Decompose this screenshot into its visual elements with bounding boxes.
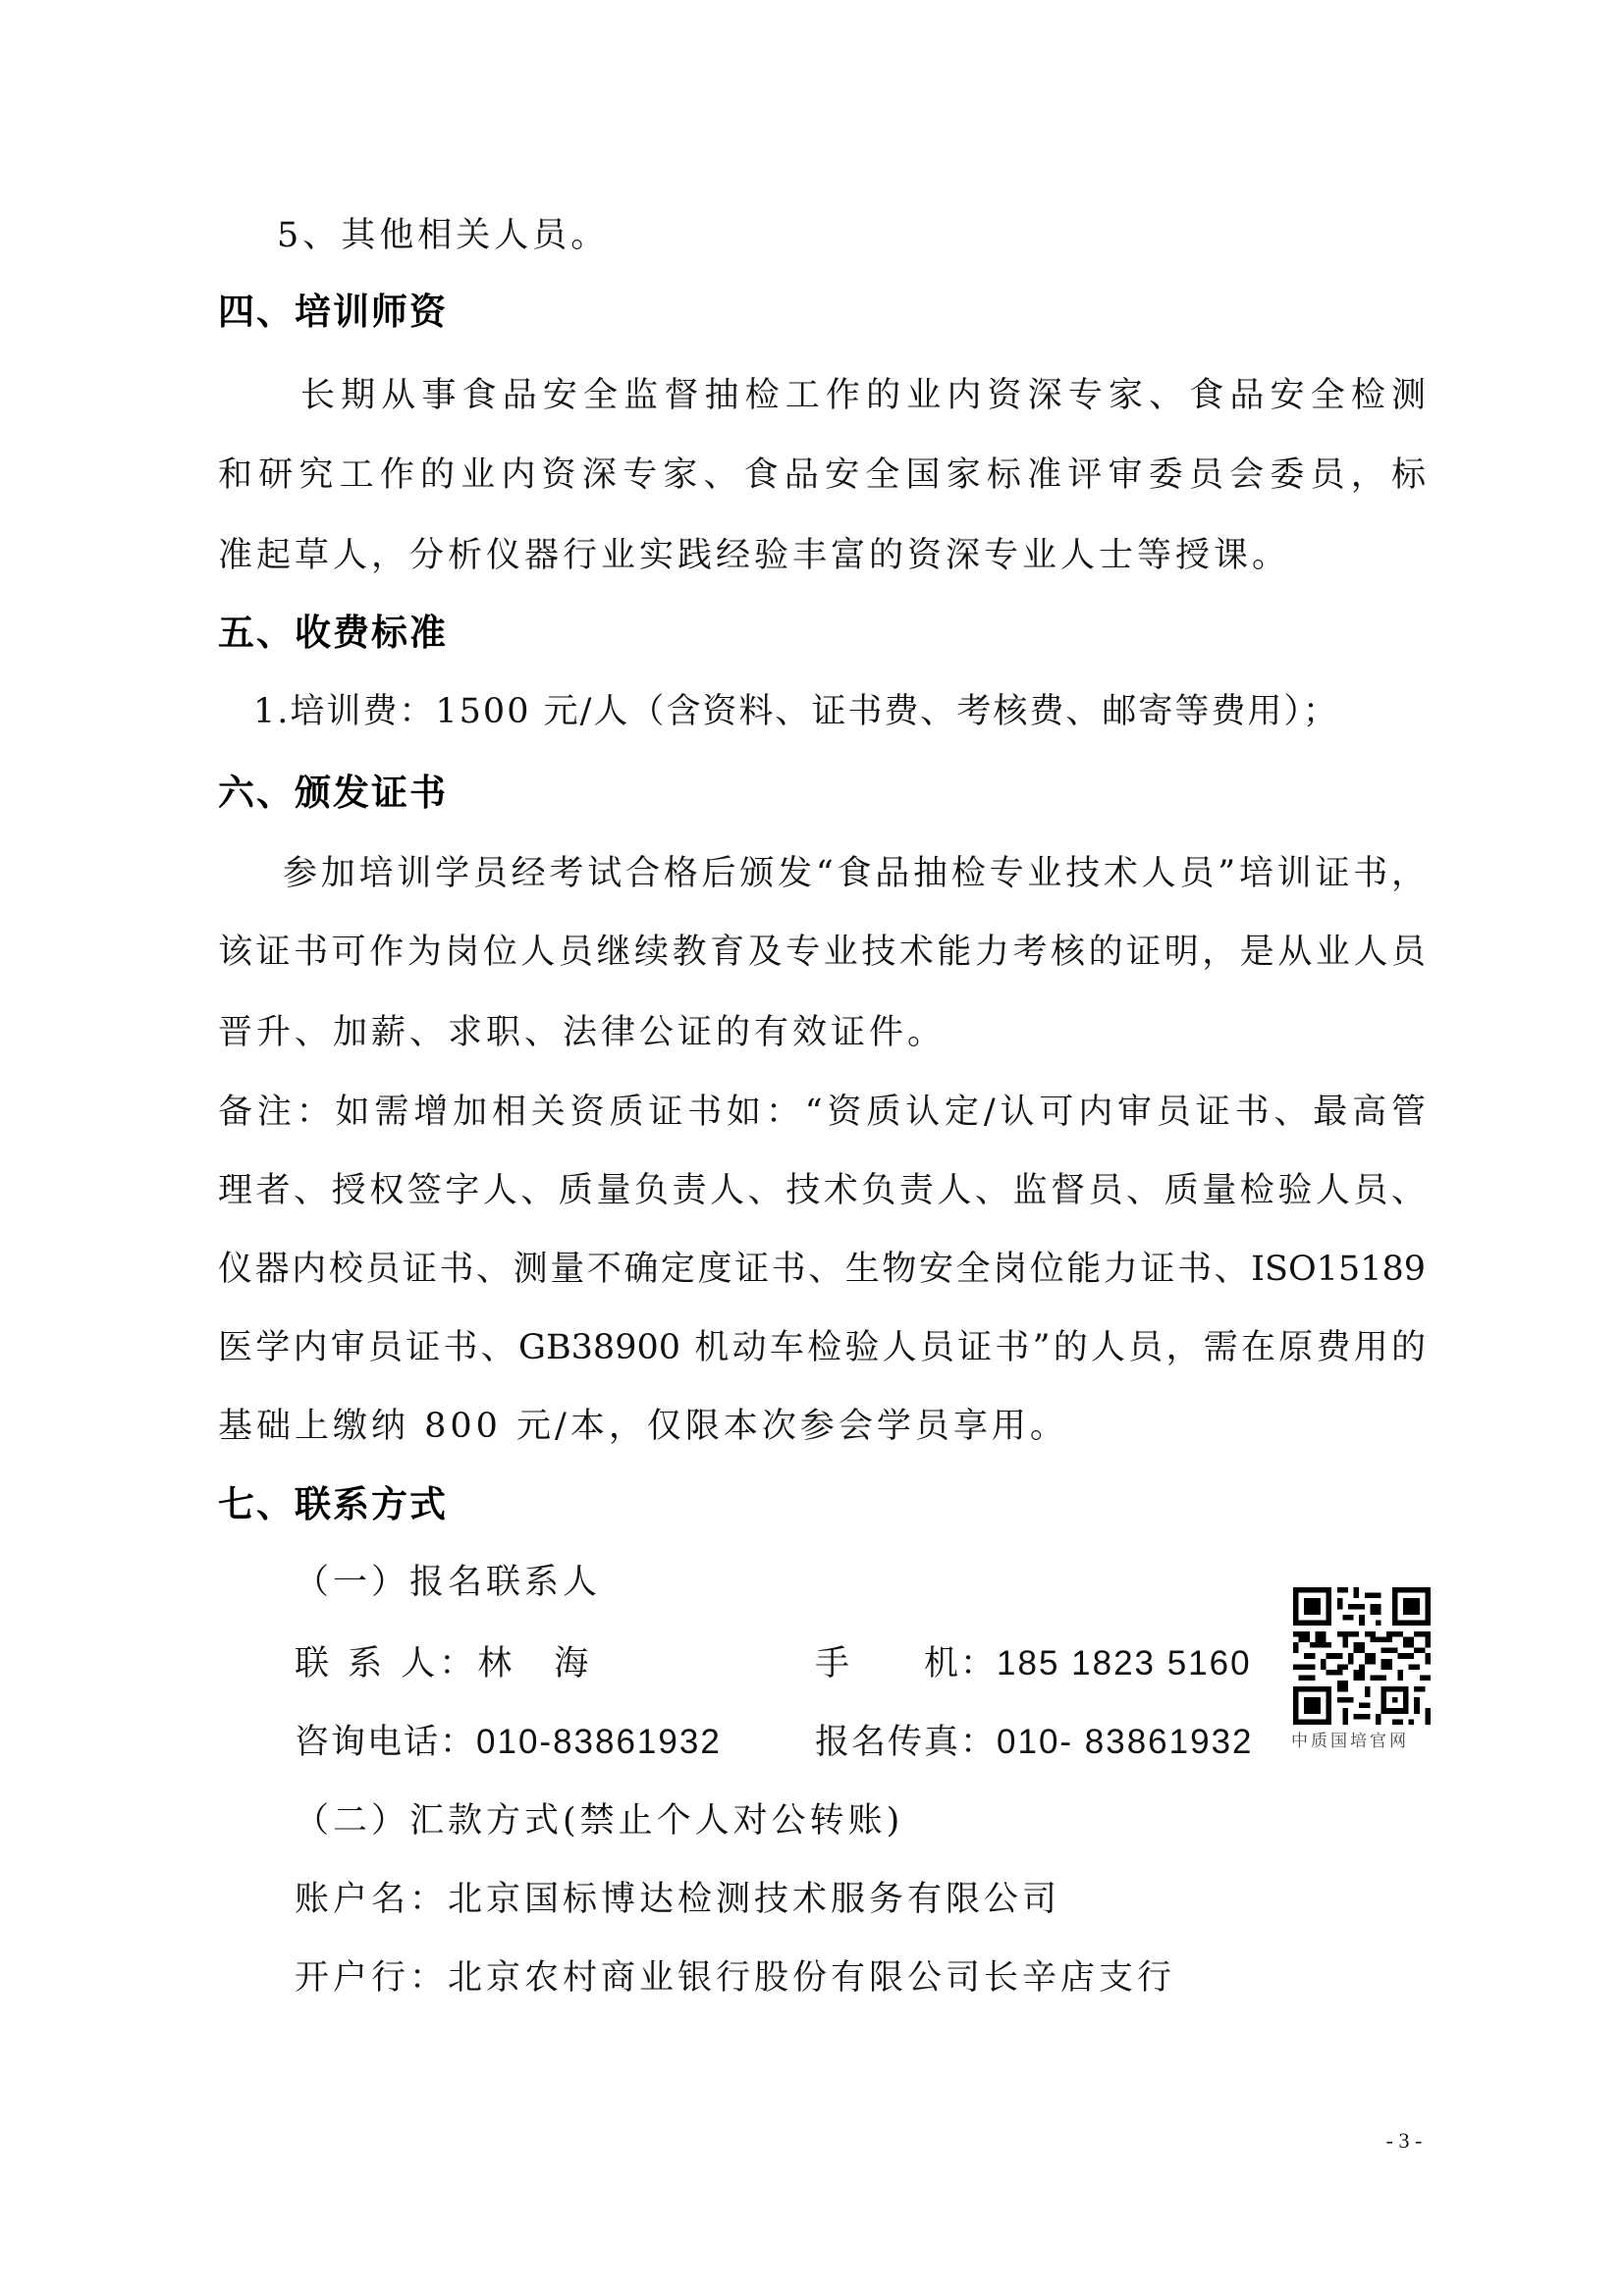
- mobile-row: 手 机：185 1823 5160: [815, 1639, 1267, 1688]
- phone-row: 咨询电话：010-83861932: [295, 1718, 785, 1767]
- contact-person-row: 联 系 人：林 海: [295, 1639, 785, 1688]
- account-name-value: 北京国标博达检测技术服务有限公司: [448, 1880, 1060, 1919]
- qr-code-caption: 中质国培官网: [1291, 1730, 1438, 1753]
- note-line: 备注：如需增加相关资质证书如：“资质认定/认可内审员证书、最高管: [218, 1088, 1426, 1137]
- note-line: 理者、授权签字人、质量负责人、技术负责人、监督员、质量检验人员、: [218, 1166, 1426, 1215]
- bank-row: 开户行：北京农村商业银行股份有限公司长辛店支行: [295, 1953, 1502, 2002]
- fee-line: 1.培训费：1500 元/人（含资料、证书费、考核费、邮寄等费用）；: [253, 687, 1461, 736]
- mobile-label: 手 机：: [815, 1644, 997, 1683]
- section-heading-certificate: 六、颁发证书: [218, 769, 1426, 818]
- section-heading-fees: 五、收费标准: [218, 609, 1426, 658]
- mobile-number: 185 1823 5160: [997, 1644, 1252, 1682]
- bank-label: 开户行：: [295, 1958, 448, 1998]
- paragraph-line: 参加培训学员经考试合格后颁发“食品抽检专业技术人员”培训证书，: [283, 849, 1426, 898]
- page-number: - 3 -: [1375, 2126, 1434, 2156]
- paragraph-line: 和研究工作的业内资深专家、食品安全国家标准评审委员会委员，标: [218, 451, 1426, 500]
- phone-label: 咨询电话：: [295, 1723, 476, 1762]
- note-line: 仪器内校员证书、测量不确定度证书、生物安全岗位能力证书、ISO15189: [218, 1245, 1426, 1294]
- document-page: 5、其他相关人员。 四、培训师资 长期从事食品安全监督抽检工作的业内资深专家、食…: [0, 0, 1624, 2296]
- contact-person-name: 林 海: [477, 1644, 592, 1683]
- bank-value: 北京农村商业银行股份有限公司长辛店支行: [448, 1958, 1175, 1998]
- note-line: 基础上缴纳 800 元/本，仅限本次参会学员享用。: [218, 1402, 1426, 1451]
- qr-code-icon[interactable]: [1293, 1587, 1431, 1725]
- section-heading-instructors: 四、培训师资: [218, 288, 1426, 337]
- section-heading-contact: 七、联系方式: [218, 1480, 1426, 1529]
- paragraph-line: 长期从事食品安全监督抽检工作的业内资深专家、食品安全检测: [300, 371, 1426, 420]
- note-line: 医学内审员证书、GB38900 机动车检验人员证书”的人员，需在原费用的: [218, 1323, 1426, 1372]
- paragraph-line: 该证书可作为岗位人员继续教育及专业技术能力考核的证明，是从业人员: [218, 928, 1426, 977]
- contact-person-label: 联 系 人：: [295, 1644, 477, 1683]
- account-name-label: 账户名：: [295, 1880, 448, 1919]
- subsection-title-remittance: （二）汇款方式(禁止个人对公转账): [295, 1796, 1502, 1845]
- fax-number: 010- 83861932: [997, 1723, 1254, 1761]
- fax-label: 报名传真：: [815, 1723, 997, 1762]
- list-item-other-personnel: 5、其他相关人员。: [277, 211, 1485, 260]
- paragraph-line: 准起草人，分析仪器行业实践经验丰富的资深专业人士等授课。: [218, 531, 1426, 580]
- fax-row: 报名传真：010- 83861932: [815, 1718, 1276, 1767]
- phone-number: 010-83861932: [476, 1723, 722, 1761]
- paragraph-line: 晋升、加薪、求职、法律公证的有效证件。: [218, 1008, 1426, 1057]
- account-name-row: 账户名：北京国标博达检测技术服务有限公司: [295, 1875, 1502, 1924]
